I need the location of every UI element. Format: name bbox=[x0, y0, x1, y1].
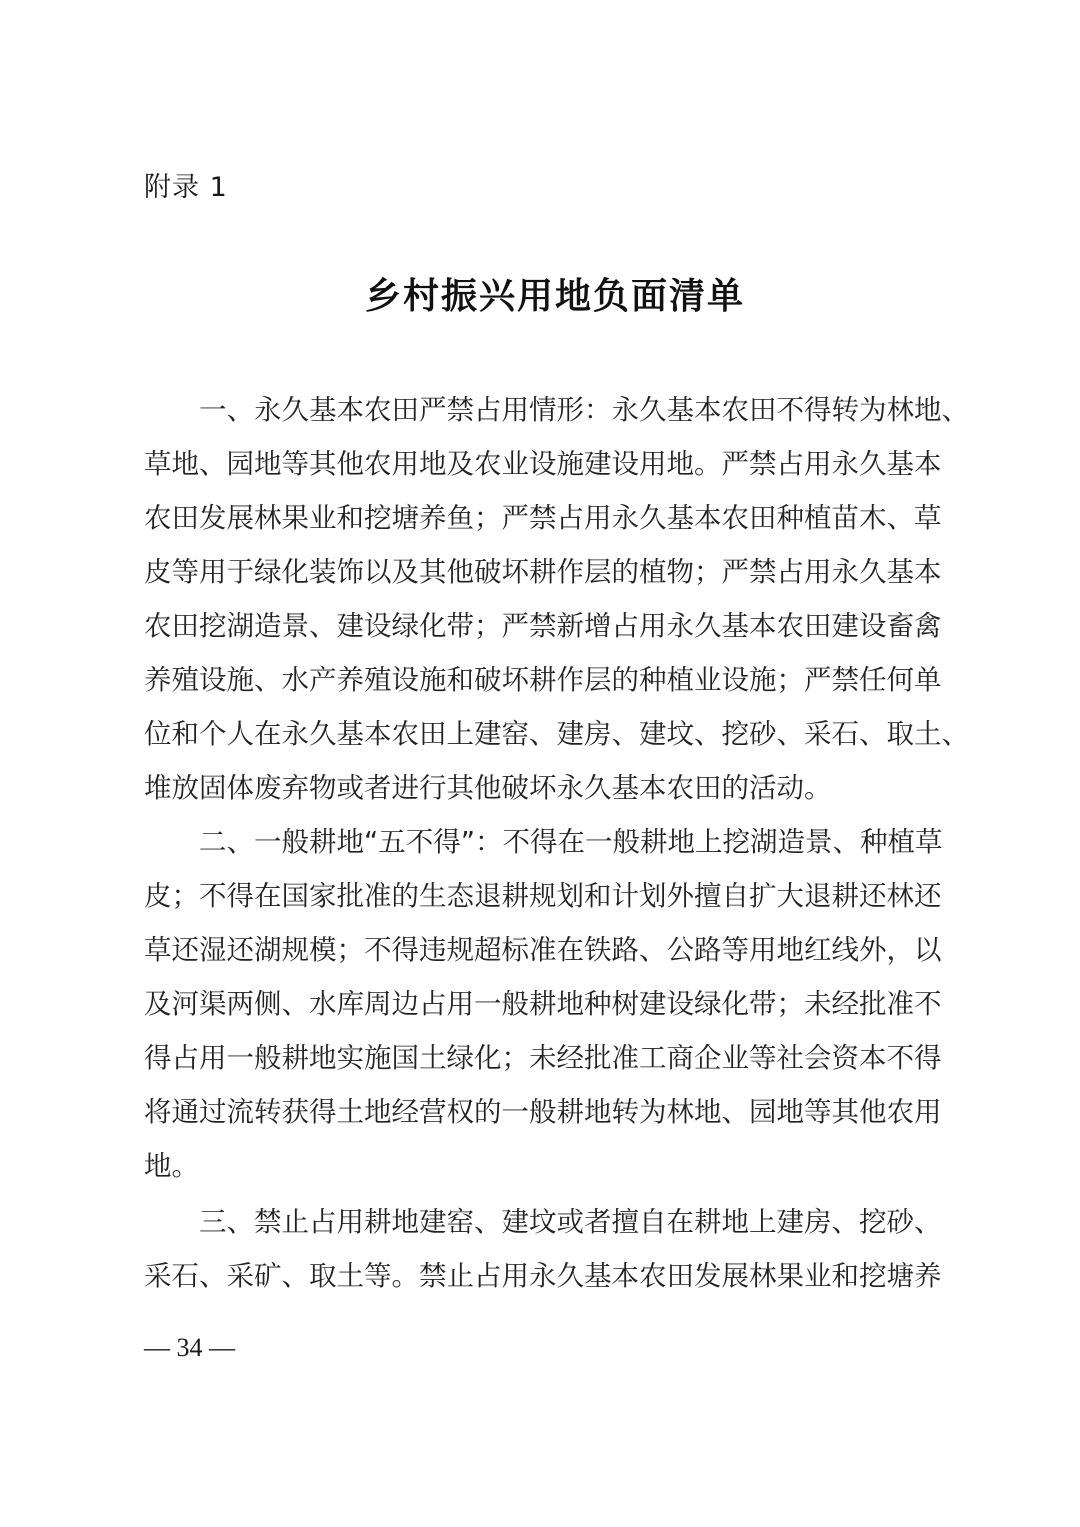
text-line: 农田发展林果业和挖塘养鱼；严禁占用永久基本农田种植苗木、草 bbox=[144, 496, 930, 550]
text-line: 皮；不得在国家批准的生态退耕规划和计划外擅自扩大退耕还林还 bbox=[144, 874, 930, 928]
page-number: — 34 — bbox=[144, 1330, 235, 1366]
text-line: 位和个人在永久基本农田上建窑、建房、建坟、挖砂、采石、取土、 bbox=[144, 712, 930, 766]
document-page: 附录 1 乡村振兴用地负面清单 一、永久基本农田严禁占用情形：永久基本农田不得转… bbox=[0, 0, 1080, 1527]
text-line: 一、永久基本农田严禁占用情形：永久基本农田不得转为林地、 bbox=[144, 388, 930, 442]
document-title: 乡村振兴用地负面清单 bbox=[0, 272, 1080, 320]
text-line: 草地、园地等其他农用地及农业设施建设用地。严禁占用永久基本 bbox=[144, 442, 930, 496]
text-line: 农田挖湖造景、建设绿化带；严禁新增占用永久基本农田建设畜禽 bbox=[144, 604, 930, 658]
text-line: 及河渠两侧、水库周边占用一般耕地种树建设绿化带；未经批准不 bbox=[144, 982, 930, 1036]
text-line: 二、一般耕地“五不得”：不得在一般耕地上挖湖造景、种植草 bbox=[144, 820, 930, 874]
text-line: 将通过流转获得土地经营权的一般耕地转为林地、园地等其他农用 bbox=[144, 1090, 930, 1144]
paragraph-3: 三、禁止占用耕地建窑、建坟或者擅自在耕地上建房、挖砂、 采石、采矿、取土等。禁止… bbox=[144, 1200, 930, 1308]
paragraph-2: 二、一般耕地“五不得”：不得在一般耕地上挖湖造景、种植草 皮；不得在国家批准的生… bbox=[144, 820, 930, 1198]
text-line: 三、禁止占用耕地建窑、建坟或者擅自在耕地上建房、挖砂、 bbox=[144, 1200, 930, 1254]
paragraph-1: 一、永久基本农田严禁占用情形：永久基本农田不得转为林地、 草地、园地等其他农用地… bbox=[144, 388, 930, 820]
text-line: 采石、采矿、取土等。禁止占用永久基本农田发展林果业和挖塘养 bbox=[144, 1254, 930, 1308]
text-line: 堆放固体废弃物或者进行其他破坏永久基本农田的活动。 bbox=[144, 766, 930, 820]
appendix-label: 附录 1 bbox=[144, 170, 228, 206]
text-line: 养殖设施、水产养殖设施和破坏耕作层的种植业设施；严禁任何单 bbox=[144, 658, 930, 712]
text-line: 地。 bbox=[144, 1144, 930, 1198]
text-line: 得占用一般耕地实施国土绿化；未经批准工商企业等社会资本不得 bbox=[144, 1036, 930, 1090]
text-line: 草还湿还湖规模；不得违规超标准在铁路、公路等用地红线外，以 bbox=[144, 928, 930, 982]
document-body: 一、永久基本农田严禁占用情形：永久基本农田不得转为林地、 草地、园地等其他农用地… bbox=[144, 388, 930, 1308]
text-line: 皮等用于绿化装饰以及其他破坏耕作层的植物；严禁占用永久基本 bbox=[144, 550, 930, 604]
